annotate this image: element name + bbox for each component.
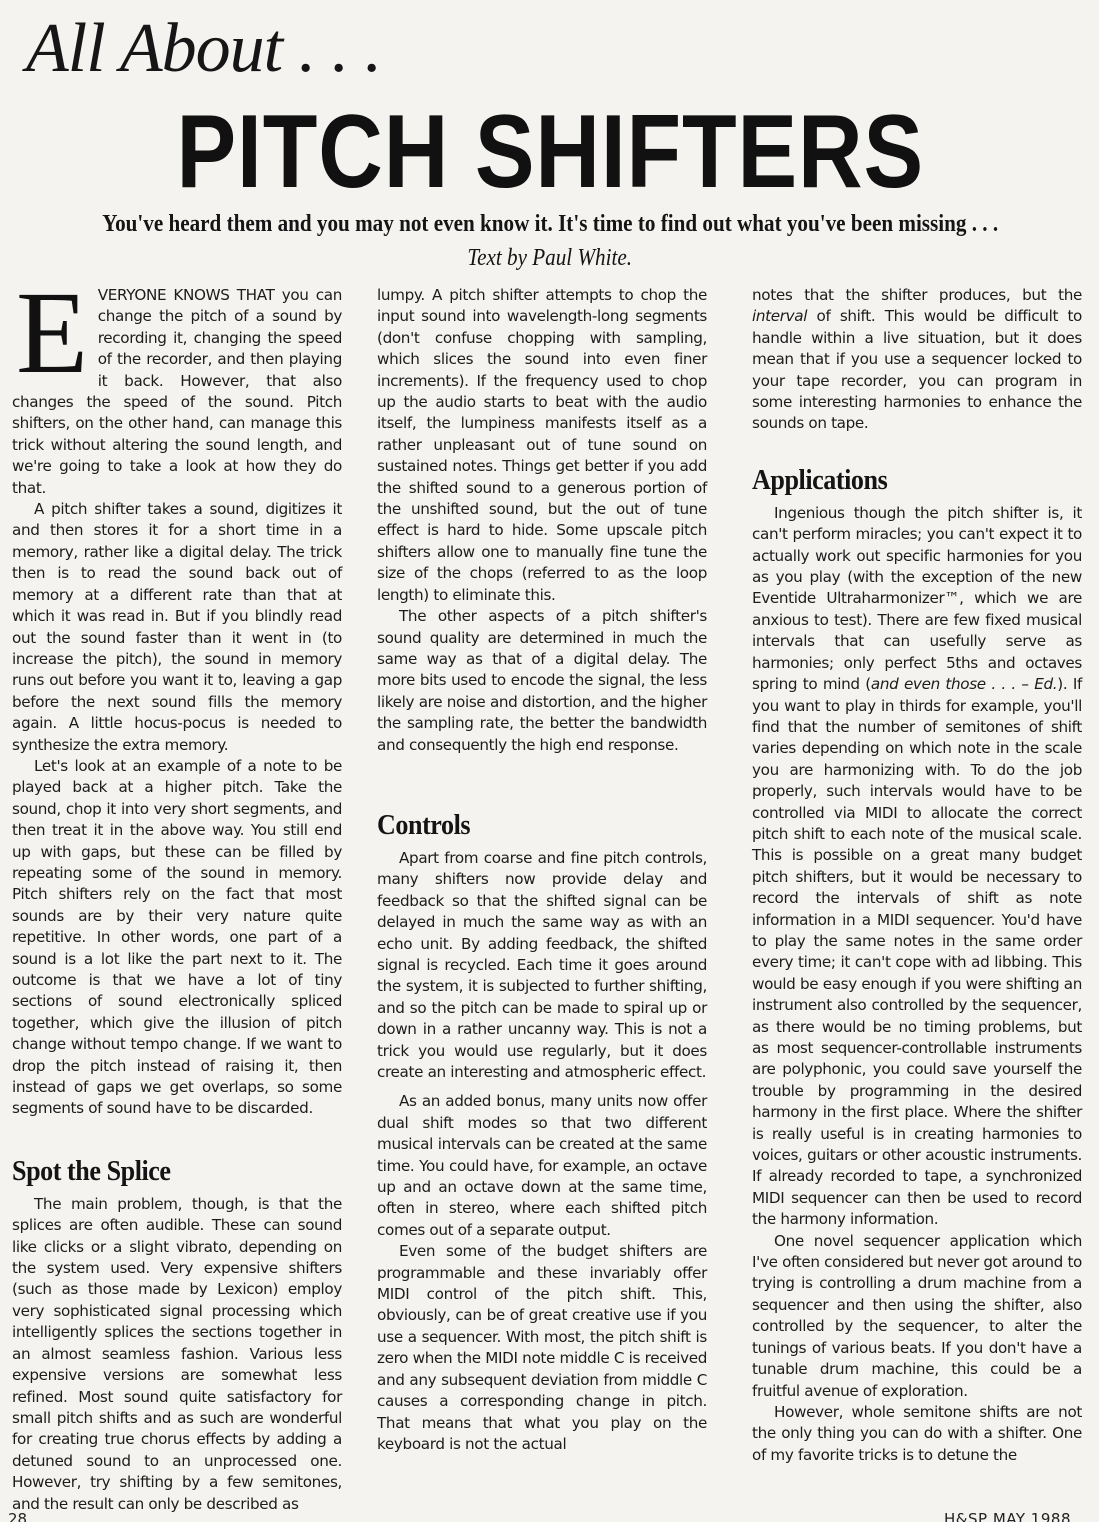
paragraph: As an added bonus, many units now offer …	[377, 1091, 707, 1241]
article-byline: Text by Paul White.	[66, 244, 1033, 272]
italic-text: and even those . . . – Ed.	[871, 675, 1057, 693]
paragraph: However, whole semitone shifts are not t…	[752, 1402, 1082, 1466]
section-heading-controls: Controls	[377, 808, 674, 842]
paragraph: One novel sequencer application which I'…	[752, 1231, 1082, 1402]
paragraph: The main problem, though, is that the sp…	[12, 1194, 342, 1515]
article-kicker: All About . . .	[26, 14, 381, 84]
column-1: E VERYONE KNOWS THAT you can change the …	[12, 285, 342, 1515]
paragraph: Ingenious though the pitch shifter is, i…	[752, 503, 1082, 1231]
text-run: notes that the shifter produces, but the	[752, 286, 1082, 304]
column-3: notes that the shifter produces, but the…	[752, 285, 1082, 1466]
section-heading-applications: Applications	[752, 463, 1049, 497]
article-deck: You've heard them and you may not even k…	[67, 210, 1034, 238]
publication-footer: H&SP MAY 1988	[944, 1510, 1071, 1522]
page-number: 28	[8, 1510, 27, 1522]
paragraph: A pitch shifter takes a sound, digitizes…	[12, 499, 342, 756]
paragraph: The other aspects of a pitch shifter's s…	[377, 606, 707, 756]
column-2: lumpy. A pitch shifter attempts to chop …	[377, 285, 707, 1455]
italic-text: interval	[752, 307, 807, 325]
text-run: of shift. This would be difficult to han…	[752, 307, 1082, 432]
paragraph: lumpy. A pitch shifter attempts to chop …	[377, 285, 707, 606]
section-heading-spot-the-splice: Spot the Splice	[12, 1154, 309, 1188]
paragraph: notes that the shifter produces, but the…	[752, 285, 1082, 435]
article-headline: PITCH SHIFTERS	[78, 100, 1023, 204]
paragraph: Apart from coarse and fine pitch control…	[377, 848, 707, 1083]
drop-cap: E	[16, 287, 88, 379]
paragraph: Let's look at an example of a note to be…	[12, 756, 342, 1120]
text-run: Ingenious though the pitch shifter is, i…	[752, 504, 1082, 693]
paragraph: Even some of the budget shifters are pro…	[377, 1241, 707, 1455]
text-run: ). If you want to play in thirds for exa…	[752, 675, 1082, 1228]
